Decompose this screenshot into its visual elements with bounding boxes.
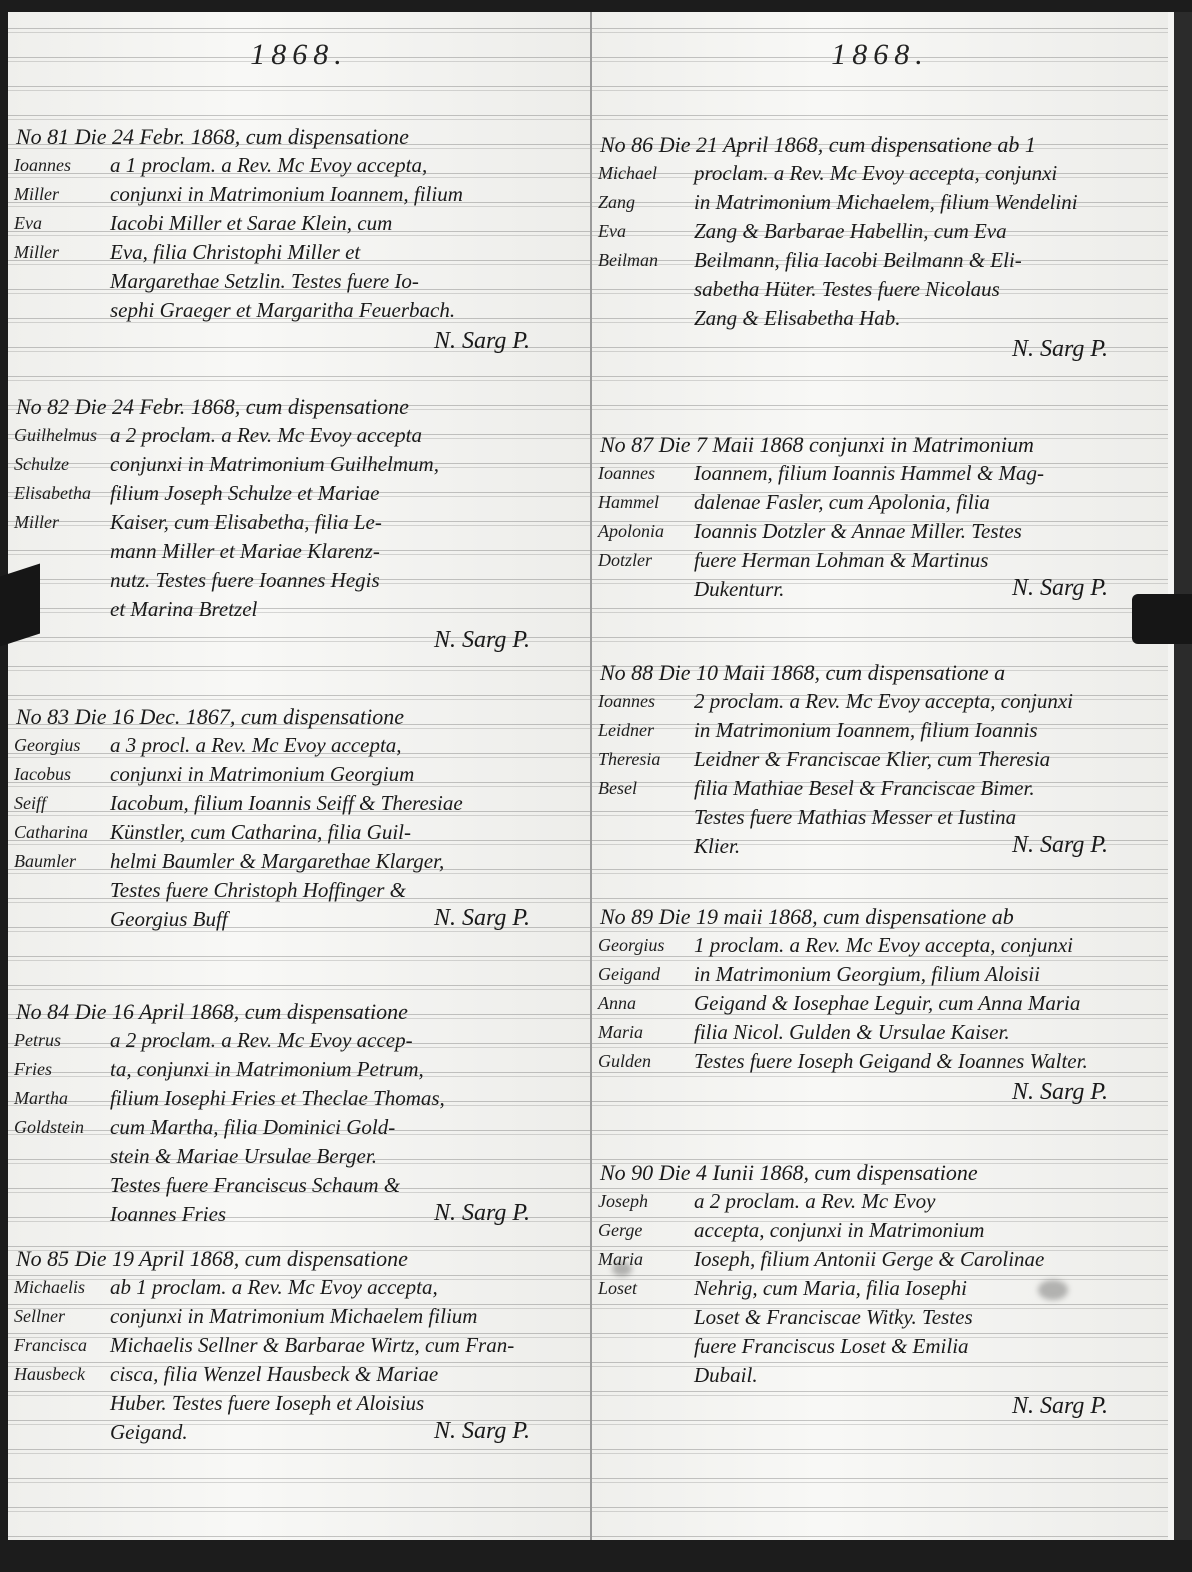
entry-text: a 1 proclam. a Rev. Mc Evoy accepta, con… <box>110 151 590 325</box>
entry-date-line: Die 7 Maii 1868 conjunxi in Matrimonium <box>659 432 1034 457</box>
text-line: filia Mathiae Besel & Franciscae Bimer. <box>694 774 1150 803</box>
margin-name: Fries <box>14 1055 110 1084</box>
text-line: et Marina Bretzel <box>110 595 572 624</box>
year-header-right: 1868. <box>592 38 1168 72</box>
margin-name: Beilman <box>598 246 694 275</box>
margin-name: Besel <box>598 774 694 803</box>
text-line: nutz. Testes fuere Ioannes Hegis <box>110 566 572 595</box>
margin-name: Michaelis <box>14 1273 110 1302</box>
margin-name: Miller <box>14 508 110 537</box>
entry-date-line: Die 16 Dec. 1867, cum dispensatione <box>75 704 404 729</box>
text-line: filium Joseph Schulze et Mariae <box>110 479 572 508</box>
text-line: fuere Herman Lohman & Martinus <box>694 546 1150 575</box>
text-line: a 2 proclam. a Rev. Mc Evoy accep- <box>110 1026 572 1055</box>
entry-number: No 84 <box>16 999 69 1024</box>
margin-names: Georgius Iacobus Seiff Catharina Baumler <box>8 731 110 876</box>
text-line: Iacobum, filium Ioannis Seiff & Theresia… <box>110 789 572 818</box>
margin-name: Ioannes <box>598 459 694 488</box>
margin-name: Guilhelmus <box>14 421 110 450</box>
margin-name: Eva <box>598 217 694 246</box>
entry-date-line: Die 21 April 1868, cum dispensatione ab … <box>659 132 1036 157</box>
text-line: conjunxi in Matrimonium Ioannem, filium <box>110 180 572 209</box>
margin-names: Joseph Gerge Maria Loset <box>592 1187 694 1303</box>
text-line: conjunxi in Matrimonium Georgium <box>110 760 572 789</box>
text-line: Zang & Barbarae Habellin, cum Eva <box>694 217 1150 246</box>
entry-heading: No 86 Die 21 April 1868, cum dispensatio… <box>592 130 1168 159</box>
text-line: a 1 proclam. a Rev. Mc Evoy accepta, <box>110 151 572 180</box>
margin-name: Petrus <box>14 1026 110 1055</box>
margin-name: Loset <box>598 1274 694 1303</box>
entry-number: No 83 <box>16 704 69 729</box>
entry-date-line: Die 19 maii 1868, cum dispensatione ab <box>659 904 1014 929</box>
text-line: dalenae Fasler, cum Apolonia, filia <box>694 488 1150 517</box>
margin-name: Elisabetha <box>14 479 110 508</box>
entry-84: No 84 Die 16 April 1868, cum dispensatio… <box>8 997 590 1229</box>
text-line: Testes fuere Mathias Messer et Iustina <box>694 803 1150 832</box>
margin-name: Georgius <box>598 931 694 960</box>
margin-name: Catharina <box>14 818 110 847</box>
margin-name: Martha <box>14 1084 110 1113</box>
entry-number: No 82 <box>16 394 69 419</box>
officiant-signature: N. Sarg P. <box>592 1076 1168 1108</box>
margin-name: Hausbeck <box>14 1360 110 1389</box>
binding-tab-right <box>1132 594 1192 644</box>
margin-name: Miller <box>14 238 110 267</box>
officiant-signature: N. Sarg P. <box>592 333 1168 365</box>
margin-names: Michael Zang Eva Beilman <box>592 159 694 275</box>
entry-heading: No 85 Die 19 April 1868, cum dispensatio… <box>8 1244 590 1273</box>
entry-number: No 85 <box>16 1246 69 1271</box>
text-line: Testes fuere Franciscus Schaum & <box>110 1171 572 1200</box>
text-line: Ioannis Dotzler & Annae Miller. Testes <box>694 517 1150 546</box>
entry-89: No 89 Die 19 maii 1868, cum dispensation… <box>592 902 1168 1108</box>
entry-heading: No 83 Die 16 Dec. 1867, cum dispensation… <box>8 702 590 731</box>
entry-90: No 90 Die 4 Iunii 1868, cum dispensation… <box>592 1158 1168 1422</box>
text-line: in Matrimonium Michaelem, filium Wendeli… <box>694 188 1150 217</box>
entry-text: proclam. a Rev. Mc Evoy accepta, conjunx… <box>694 159 1168 333</box>
entry-88: No 88 Die 10 Maii 1868, cum dispensation… <box>592 658 1168 861</box>
text-line: Ioannem, filium Ioannis Hammel & Mag- <box>694 459 1150 488</box>
text-line: Testes fuere Ioseph Geigand & Ioannes Wa… <box>694 1047 1150 1076</box>
text-line: Künstler, cum Catharina, filia Guil- <box>110 818 572 847</box>
margin-name: Maria <box>598 1018 694 1047</box>
scan-smudge <box>612 1262 632 1276</box>
text-line: a 3 procl. a Rev. Mc Evoy accepta, <box>110 731 572 760</box>
entry-heading: No 89 Die 19 maii 1868, cum dispensation… <box>592 902 1168 931</box>
margin-names: Guilhelmus Schulze Elisabetha Miller <box>8 421 110 537</box>
margin-name: Michael <box>598 159 694 188</box>
text-line: in Matrimonium Georgium, filium Aloisii <box>694 960 1150 989</box>
text-line: helmi Baumler & Margarethae Klarger, <box>110 847 572 876</box>
text-line: Ioseph, filium Antonii Gerge & Carolinae <box>694 1245 1150 1274</box>
text-line: Dubail. <box>694 1361 1150 1390</box>
text-line: 2 proclam. a Rev. Mc Evoy accepta, conju… <box>694 687 1150 716</box>
entry-date-line: Die 4 Iunii 1868, cum dispensatione <box>659 1160 978 1185</box>
margin-name: Hammel <box>598 488 694 517</box>
entry-heading: No 82 Die 24 Febr. 1868, cum dispensatio… <box>8 392 590 421</box>
margin-name: Ioannes <box>14 151 110 180</box>
officiant-signature: N. Sarg P. <box>592 1390 1168 1422</box>
text-line: Leidner & Franciscae Klier, cum Theresia <box>694 745 1150 774</box>
entry-82: No 82 Die 24 Febr. 1868, cum dispensatio… <box>8 392 590 656</box>
margin-name: Theresia <box>598 745 694 774</box>
entry-date-line: Die 10 Maii 1868, cum dispensatione a <box>659 660 1005 685</box>
text-line: accepta, conjunxi in Matrimonium <box>694 1216 1150 1245</box>
margin-name: Ioannes <box>598 687 694 716</box>
binding-tab-left <box>0 564 40 647</box>
entry-heading: No 90 Die 4 Iunii 1868, cum dispensation… <box>592 1158 1168 1187</box>
margin-name: Apolonia <box>598 517 694 546</box>
text-line: Margarethae Setzlin. Testes fuere Io- <box>110 267 572 296</box>
text-line: Loset & Franciscae Witky. Testes <box>694 1303 1150 1332</box>
entry-date-line: Die 24 Febr. 1868, cum dispensatione <box>75 394 409 419</box>
text-line: conjunxi in Matrimonium Guilhelmum, <box>110 450 572 479</box>
margin-name: Baumler <box>14 847 110 876</box>
register-scan: 1868. No 81 Die 24 Febr. 1868, cum dispe… <box>8 12 1176 1540</box>
text-line: filia Nicol. Gulden & Ursulae Kaiser. <box>694 1018 1150 1047</box>
scan-smudge <box>1038 1280 1068 1300</box>
entry-heading: No 87 Die 7 Maii 1868 conjunxi in Matrim… <box>592 430 1168 459</box>
margin-name: Iacobus <box>14 760 110 789</box>
text-line: mann Miller et Mariae Klarenz- <box>110 537 572 566</box>
entry-number: No 90 <box>600 1160 653 1185</box>
left-page: 1868. No 81 Die 24 Febr. 1868, cum dispe… <box>8 12 592 1540</box>
text-line: cisca, filia Wenzel Hausbeck & Mariae <box>110 1360 572 1389</box>
scan-edge-right <box>1174 12 1192 1540</box>
margin-names: Ioannes Hammel Apolonia Dotzler <box>592 459 694 575</box>
entry-heading: No 81 Die 24 Febr. 1868, cum dispensatio… <box>8 122 590 151</box>
text-line: ab 1 proclam. a Rev. Mc Evoy accepta, <box>110 1273 572 1302</box>
margin-name: Geigand <box>598 960 694 989</box>
text-line: Huber. Testes fuere Ioseph et Aloisius <box>110 1389 572 1418</box>
entry-85: No 85 Die 19 April 1868, cum dispensatio… <box>8 1244 590 1447</box>
margin-name: Miller <box>14 180 110 209</box>
text-line: cum Martha, filia Dominici Gold- <box>110 1113 572 1142</box>
entry-date-line: Die 16 April 1868, cum dispensatione <box>75 999 408 1024</box>
margin-name: Gerge <box>598 1216 694 1245</box>
text-line: sephi Graeger et Margaritha Feuerbach. <box>110 296 572 325</box>
margin-name: Anna <box>598 989 694 1018</box>
text-line: Eva, filia Christophi Miller et <box>110 238 572 267</box>
margin-name: Francisca <box>14 1331 110 1360</box>
text-line: sabetha Hüter. Testes fuere Nicolaus <box>694 275 1150 304</box>
margin-name: Zang <box>598 188 694 217</box>
entry-text: a 2 proclam. a Rev. Mc Evoy accepta conj… <box>110 421 590 624</box>
text-line: Testes fuere Christoph Hoffinger & <box>110 876 572 905</box>
text-line: proclam. a Rev. Mc Evoy accepta, conjunx… <box>694 159 1150 188</box>
margin-name: Gulden <box>598 1047 694 1076</box>
margin-names: Petrus Fries Martha Goldstein <box>8 1026 110 1142</box>
margin-name: Seiff <box>14 789 110 818</box>
right-page: 1868. No 86 Die 21 April 1868, cum dispe… <box>592 12 1168 1540</box>
year-header-left: 1868. <box>8 38 590 72</box>
text-line: fuere Franciscus Loset & Emilia <box>694 1332 1150 1361</box>
entry-87: No 87 Die 7 Maii 1868 conjunxi in Matrim… <box>592 430 1168 604</box>
margin-name: Joseph <box>598 1187 694 1216</box>
entry-date-line: Die 24 Febr. 1868, cum dispensatione <box>75 124 409 149</box>
margin-name: Schulze <box>14 450 110 479</box>
text-line: Beilmann, filia Iacobi Beilmann & Eli- <box>694 246 1150 275</box>
text-line: Iacobi Miller et Sarae Klein, cum <box>110 209 572 238</box>
text-line: Nehrig, cum Maria, filia Iosephi <box>694 1274 1150 1303</box>
margin-names: Georgius Geigand Anna Maria Gulden <box>592 931 694 1076</box>
entry-heading: No 88 Die 10 Maii 1868, cum dispensation… <box>592 658 1168 687</box>
text-line: Zang & Elisabetha Hab. <box>694 304 1150 333</box>
officiant-signature: N. Sarg P. <box>8 325 590 357</box>
text-line: Geigand & Iosephae Leguir, cum Anna Mari… <box>694 989 1150 1018</box>
entry-heading: No 84 Die 16 April 1868, cum dispensatio… <box>8 997 590 1026</box>
text-line: a 2 proclam. a Rev. Mc Evoy accepta <box>110 421 572 450</box>
entry-83: No 83 Die 16 Dec. 1867, cum dispensation… <box>8 702 590 934</box>
text-line: Michaelis Sellner & Barbarae Wirtz, cum … <box>110 1331 572 1360</box>
text-line: conjunxi in Matrimonium Michaelem filium <box>110 1302 572 1331</box>
text-line: Kaiser, cum Elisabetha, filia Le- <box>110 508 572 537</box>
text-line: a 2 proclam. a Rev. Mc Evoy <box>694 1187 1150 1216</box>
entry-date-line: Die 19 April 1868, cum dispensatione <box>75 1246 408 1271</box>
entry-86: No 86 Die 21 April 1868, cum dispensatio… <box>592 130 1168 365</box>
entry-number: No 81 <box>16 124 69 149</box>
margin-name: Eva <box>14 209 110 238</box>
margin-names: Ioannes Leidner Theresia Besel <box>592 687 694 803</box>
margin-name: Leidner <box>598 716 694 745</box>
margin-name: Dotzler <box>598 546 694 575</box>
margin-names: Michaelis Sellner Francisca Hausbeck <box>8 1273 110 1389</box>
margin-name: Georgius <box>14 731 110 760</box>
text-line: ta, conjunxi in Matrimonium Petrum, <box>110 1055 572 1084</box>
entry-text: a 2 proclam. a Rev. Mc Evoy accepta, con… <box>694 1187 1168 1390</box>
entry-81: No 81 Die 24 Febr. 1868, cum dispensatio… <box>8 122 590 357</box>
entry-number: No 88 <box>600 660 653 685</box>
text-line: filium Iosephi Fries et Theclae Thomas, <box>110 1084 572 1113</box>
text-line: stein & Mariae Ursulae Berger. <box>110 1142 572 1171</box>
text-line: in Matrimonium Ioannem, filium Ioannis <box>694 716 1150 745</box>
entry-number: No 86 <box>600 132 653 157</box>
text-line: 1 proclam. a Rev. Mc Evoy accepta, conju… <box>694 931 1150 960</box>
officiant-signature: N. Sarg P. <box>8 624 590 656</box>
margin-name: Sellner <box>14 1302 110 1331</box>
margin-name: Goldstein <box>14 1113 110 1142</box>
entry-number: No 89 <box>600 904 653 929</box>
entry-number: No 87 <box>600 432 653 457</box>
margin-names: Ioannes Miller Eva Miller <box>8 151 110 267</box>
entry-text: 1 proclam. a Rev. Mc Evoy accepta, conju… <box>694 931 1168 1076</box>
